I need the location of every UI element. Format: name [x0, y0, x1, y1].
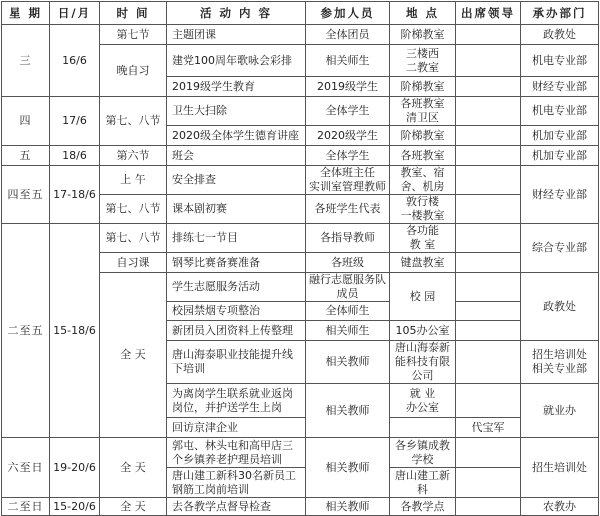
time-cell: 第七、八节	[100, 224, 167, 253]
participants-cell: 融行志愿服务队 成员	[306, 273, 390, 302]
dept-cell: 机电专业部	[521, 45, 599, 77]
location-cell: 105办公室	[390, 321, 456, 341]
participants-cell: 全体团员	[306, 25, 390, 45]
dept-cell: 机加专业部	[521, 146, 599, 166]
date-cell: 15-20/6	[50, 498, 100, 507]
participants-cell: 相关师生	[306, 45, 390, 77]
header-location: 地 点	[390, 2, 456, 25]
activity-cell: 唐山建工新科30名新员工钢筋工岗前培训	[167, 468, 306, 498]
date-cell: 19-20/6	[50, 438, 100, 498]
date-cell: 17-18/6	[50, 166, 100, 224]
dept-cell: 综合专业部	[521, 224, 599, 273]
time-cell: 全 天	[100, 273, 167, 438]
weekday-cell: 四	[2, 97, 50, 146]
table-row: 二至日 15-20/6 全 天 去各教学点督导检查 相关教师 各教学点 农教办	[2, 498, 599, 507]
leader-cell	[456, 126, 521, 146]
table-row: 四至五 17-18/6 上 午 安全排查 全体班主任 实训室管理教师 教室、宿 …	[2, 166, 599, 195]
leader-cell	[456, 498, 521, 507]
time-cell: 第七、八节	[100, 195, 167, 224]
time-cell: 上 午	[100, 166, 167, 195]
date-cell: 18/6	[50, 146, 100, 166]
leader-cell	[456, 97, 521, 126]
time-cell: 第七节	[100, 25, 167, 45]
header-date: 日/月	[50, 2, 100, 25]
participants-cell: 相关教师	[306, 498, 390, 507]
date-cell: 15-18/6	[50, 224, 100, 438]
leader-cell	[456, 468, 521, 498]
dept-cell: 招生培训处 相关专业部	[521, 341, 599, 384]
leader-cell	[456, 341, 521, 384]
header-leader: 出席领导	[456, 2, 521, 25]
participants-cell: 各班学生代表	[306, 195, 390, 224]
leader-cell	[456, 438, 521, 468]
weekday-cell: 二至五	[2, 224, 50, 438]
header-participants: 参加人员	[306, 2, 390, 25]
header-time: 时 间	[100, 2, 167, 25]
dept-cell: 机电专业部	[521, 97, 599, 126]
location-cell: 就 业 办公室	[390, 384, 456, 418]
participants-cell: 全体学生	[306, 97, 390, 126]
weekday-cell: 六至日	[2, 438, 50, 498]
activity-cell: 为离岗学生联系就业返岗岗位，并护送学生上岗	[167, 384, 306, 418]
location-cell: 唐山建工新 科	[390, 468, 456, 498]
weekday-cell: 三	[2, 25, 50, 97]
dept-cell: 机加专业部	[521, 126, 599, 146]
leader-cell	[456, 224, 521, 253]
location-cell: 教室、宿 舍、机房	[390, 166, 456, 195]
table-row: 六至日 19-20/6 全 天 郭屯、林头屯和高甲店三个乡镇养老护理员培训 相关…	[2, 438, 599, 468]
dept-cell: 招生培训处	[521, 438, 599, 498]
activity-cell: 钢琴比赛备赛准备	[167, 253, 306, 273]
activity-cell: 排练七一节目	[167, 224, 306, 253]
leader-cell	[456, 25, 521, 45]
header-dept: 承办部门	[521, 2, 599, 25]
location-cell: 阶梯教室	[390, 25, 456, 45]
activity-cell: 主题团课	[167, 25, 306, 45]
activity-cell: 回访京津企业	[167, 418, 306, 438]
weekday-cell: 二至日	[2, 498, 50, 507]
leader-cell	[456, 253, 521, 273]
activity-cell: 新团员入团资料上传整理	[167, 321, 306, 341]
table-row: 五 18/6 第六节 班会 全体学生 各班教室 机加专业部	[2, 146, 599, 166]
participants-cell: 相关师生	[306, 321, 390, 341]
location-cell: 键盘教室	[390, 253, 456, 273]
date-cell: 16/6	[50, 25, 100, 97]
table-row: 二至五 15-18/6 第七、八节 排练七一节目 各指导教师 各功能 教 室 综…	[2, 224, 599, 253]
dept-cell: 政教处	[521, 25, 599, 45]
participants-cell: 全体师生	[306, 302, 390, 321]
leader-cell	[456, 77, 521, 97]
location-cell: 三楼西 二教室	[390, 45, 456, 77]
location-cell: 各乡镇成教 学校	[390, 438, 456, 468]
time-cell: 第六节	[100, 146, 167, 166]
leader-cell	[456, 166, 521, 195]
participants-cell: 相关教师	[306, 438, 390, 498]
leader-cell	[456, 321, 521, 341]
dept-cell: 就业办	[521, 384, 599, 438]
time-cell: 自习课	[100, 253, 167, 273]
leader-cell	[456, 146, 521, 166]
leader-cell	[456, 273, 521, 302]
participants-cell: 2020级学生	[306, 126, 390, 146]
time-cell: 晚自习	[100, 45, 167, 97]
header-weekday: 星 期	[2, 2, 50, 25]
activity-cell: 卫生大扫除	[167, 97, 306, 126]
participants-cell: 相关教师	[306, 384, 390, 438]
weekday-cell: 四至五	[2, 166, 50, 224]
dept-cell: 政教处	[521, 273, 599, 341]
time-cell: 第七、八节	[100, 97, 167, 146]
header-row: 星 期 日/月 时 间 活 动 内 容 参加人员 地 点 出席领导 承办部门	[2, 2, 599, 25]
location-cell: 各班教室	[390, 146, 456, 166]
location-cell: 各教学点	[390, 498, 456, 507]
participants-cell: 各指导教师	[306, 224, 390, 253]
participants-cell: 各班级	[306, 253, 390, 273]
leader-cell	[456, 302, 521, 321]
dept-cell: 财经专业部	[521, 77, 599, 97]
location-cell: 唐山海泰新 能科技有限 公司	[390, 341, 456, 384]
dept-cell: 财经专业部	[521, 166, 599, 224]
participants-cell: 相关教师	[306, 341, 390, 384]
location-cell: 各班教室 清卫区	[390, 97, 456, 126]
location-cell: 阶梯教室	[390, 126, 456, 146]
table-row: 四 17/6 第七、八节 卫生大扫除 全体学生 各班教室 清卫区 机电专业部	[2, 97, 599, 126]
activity-cell: 去各教学点督导检查	[167, 498, 306, 507]
time-cell: 全 天	[100, 498, 167, 507]
table-row: 三 16/6 第七节 主题团课 全体团员 阶梯教室 政教处	[2, 25, 599, 45]
participants-cell: 全体学生	[306, 146, 390, 166]
activity-cell: 安全排查	[167, 166, 306, 195]
activity-cell: 2020级全体学生德育讲座	[167, 126, 306, 146]
leader-cell	[456, 384, 521, 418]
date-cell: 17/6	[50, 97, 100, 146]
header-activity: 活 动 内 容	[167, 2, 306, 25]
weekday-cell: 五	[2, 146, 50, 166]
weekly-schedule-table: 星 期 日/月 时 间 活 动 内 容 参加人员 地 点 出席领导 承办部门 三…	[1, 1, 599, 506]
time-cell: 全 天	[100, 438, 167, 498]
location-cell: 校 园	[390, 273, 456, 321]
dept-cell: 农教办	[521, 498, 599, 507]
location-cell	[390, 418, 456, 438]
location-cell: 敦行楼 一楼教室	[390, 195, 456, 224]
location-cell: 各功能 教 室	[390, 224, 456, 253]
activity-cell: 唐山海泰职业技能提升线下培训	[167, 341, 306, 384]
activity-cell: 2019级学生教育	[167, 77, 306, 97]
activity-cell: 郭屯、林头屯和高甲店三个乡镇养老护理员培训	[167, 438, 306, 468]
activity-cell: 建党100周年歌咏会彩排	[167, 45, 306, 77]
leader-cell	[456, 45, 521, 77]
participants-cell: 全体班主任 实训室管理教师	[306, 166, 390, 195]
location-cell: 阶梯教室	[390, 77, 456, 97]
activity-cell: 班会	[167, 146, 306, 166]
leader-cell	[456, 195, 521, 224]
participants-cell: 2019级学生	[306, 77, 390, 97]
activity-cell: 学生志愿服务活动	[167, 273, 306, 302]
activity-cell: 校园禁烟专项整治	[167, 302, 306, 321]
activity-cell: 课本剧初赛	[167, 195, 306, 224]
leader-cell: 代宝军	[456, 418, 521, 438]
